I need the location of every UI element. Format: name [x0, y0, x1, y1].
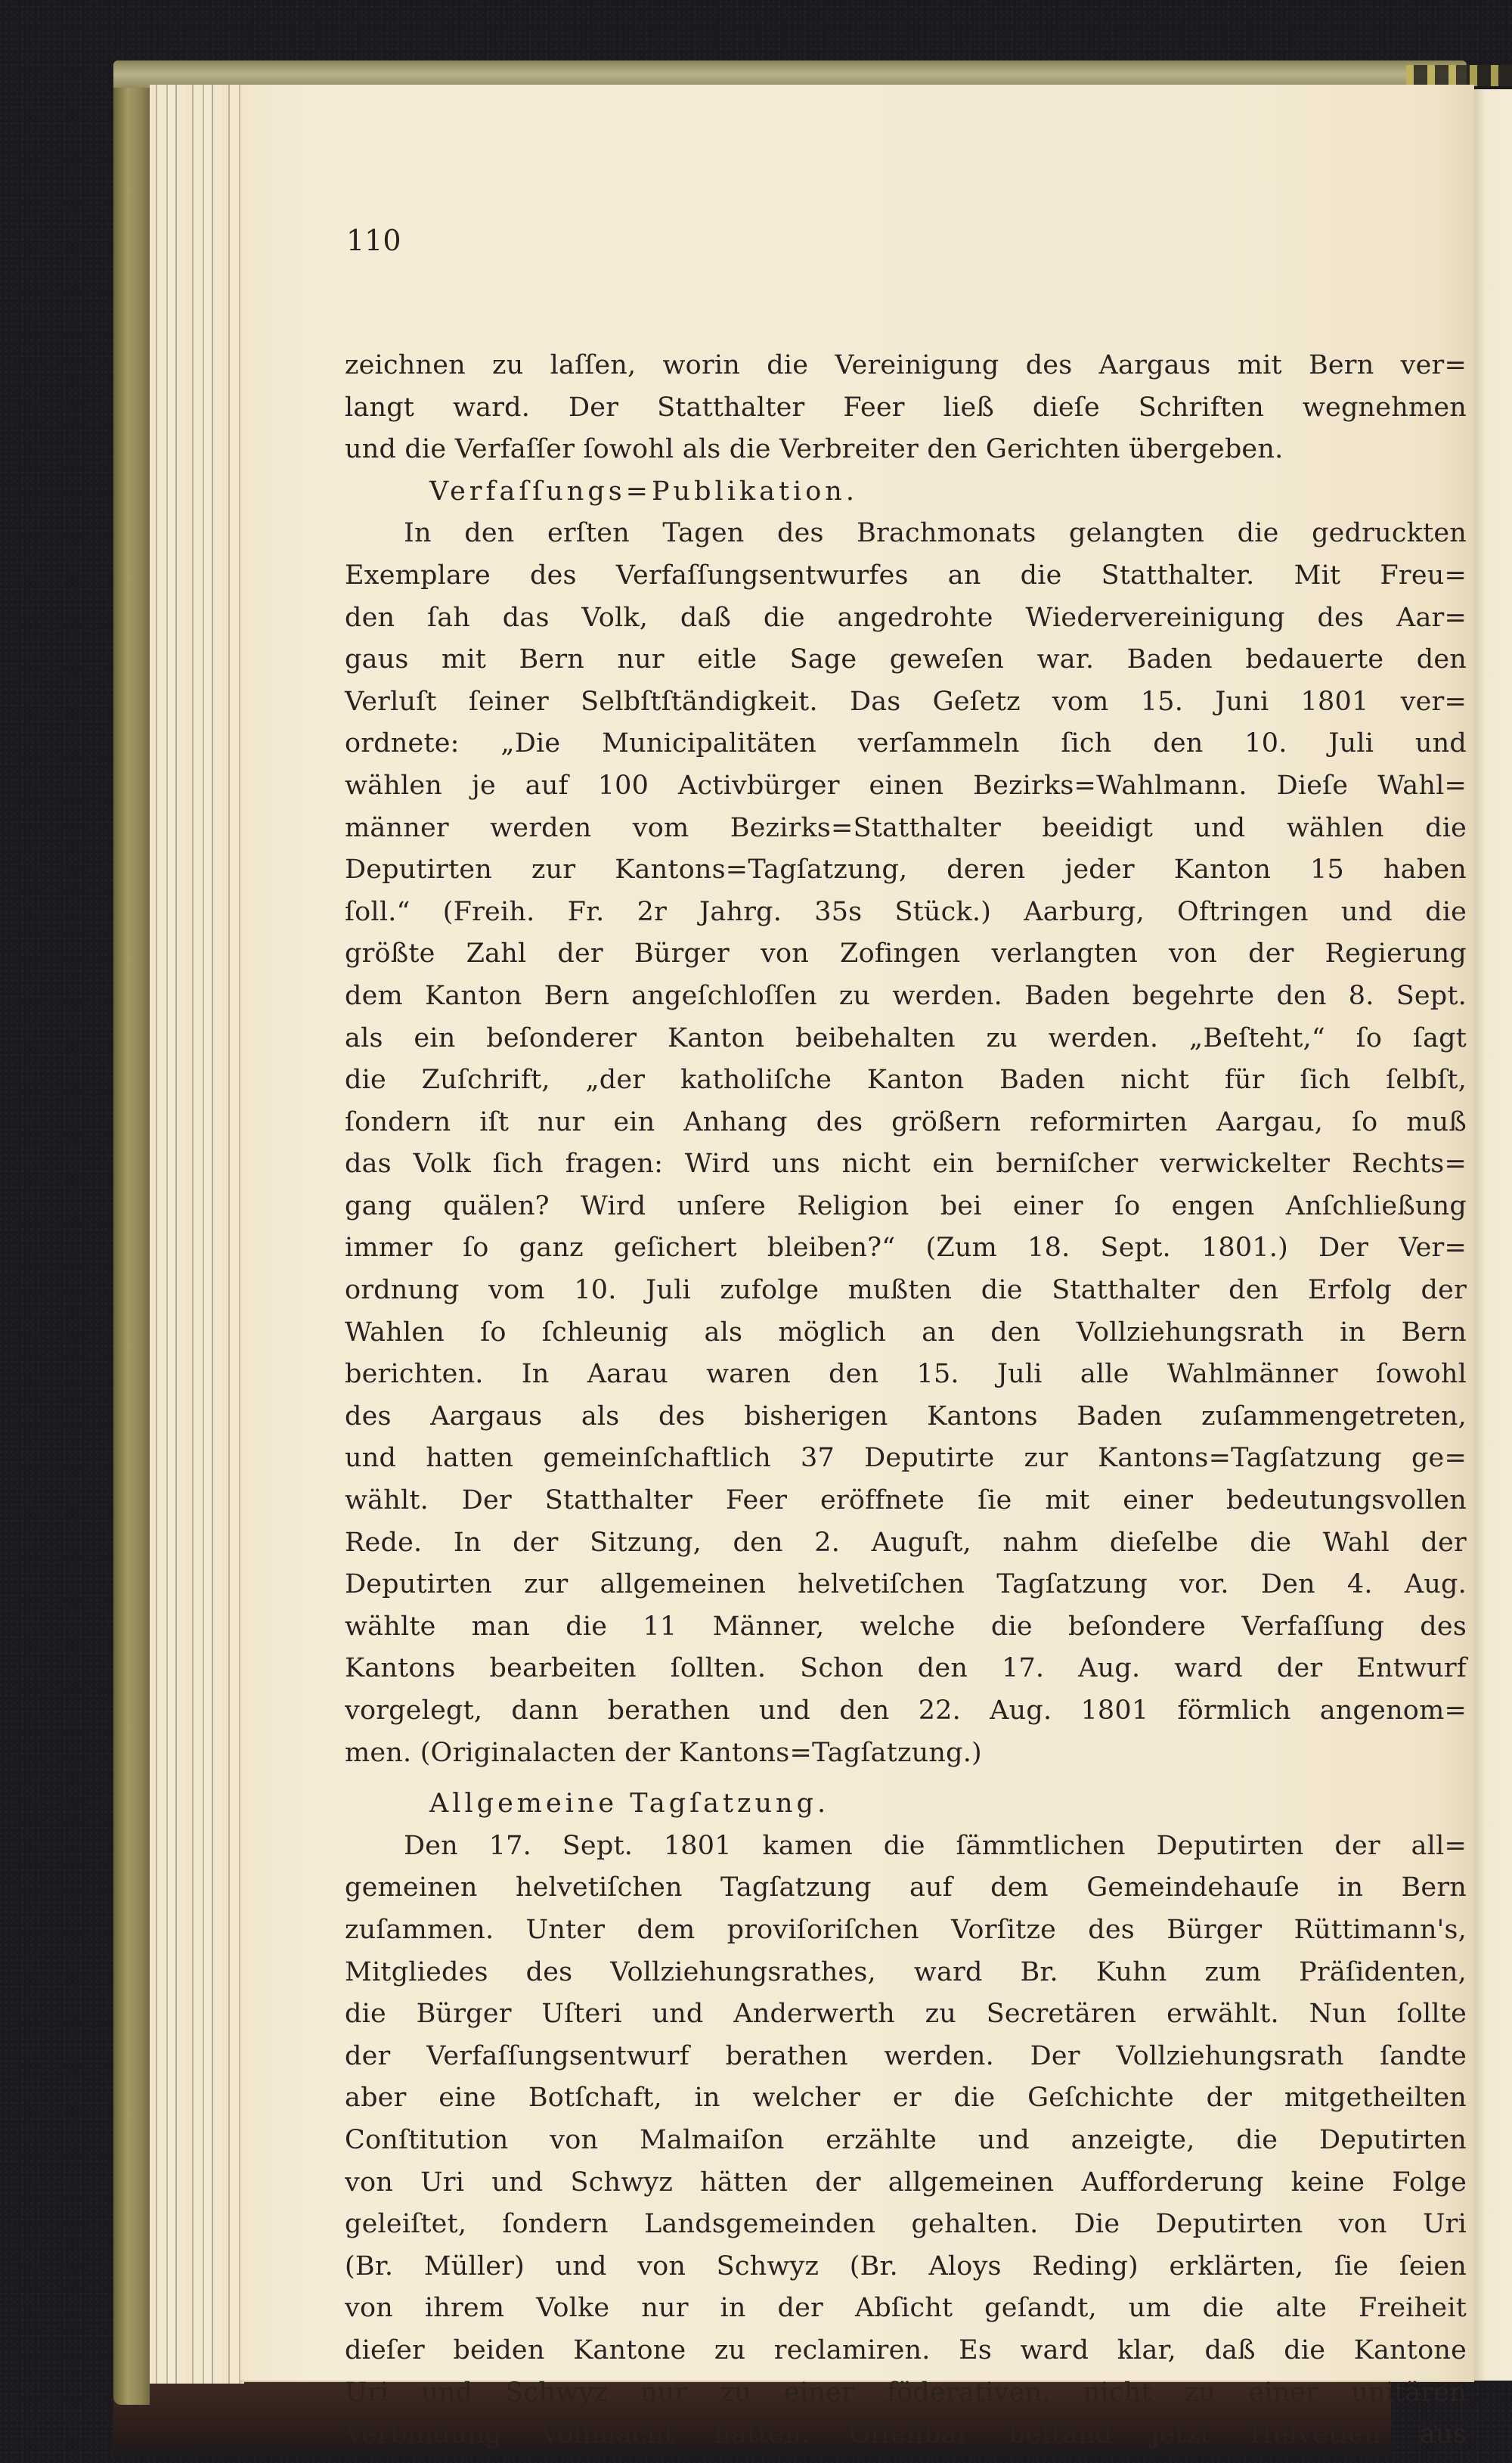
page-stack-edges — [150, 85, 244, 2384]
text-line: wählen je auf 100 Activbürger einen Bezi… — [345, 765, 1467, 808]
text-line: Exemplare des Verfaſſungsentwurfes an di… — [345, 555, 1467, 597]
text-line: Conſtitution von Malmaiſon erzählte und … — [345, 2120, 1467, 2162]
page-text: zeichnen zu laſſen, worin die Vereinigun… — [345, 345, 1467, 2456]
text-line: Verbindung Vollmacht hatten. Offenbar be… — [345, 2414, 1467, 2456]
text-line: Den 17. Sept. 1801 kamen die ſämmtlichen… — [345, 1826, 1467, 1868]
text-line: vorgelegt, dann berathen und den 22. Aug… — [345, 1690, 1467, 1732]
opening-paragraph: zeichnen zu laſſen, worin die Vereinigun… — [345, 345, 1467, 471]
text-line: und hatten gemeinſchaftlich 37 Deputirte… — [345, 1438, 1467, 1480]
text-line: als ein beſonderer Kanton beibehalten zu… — [345, 1018, 1467, 1060]
book-binding-top — [113, 60, 1467, 88]
page-number: 110 — [346, 224, 401, 257]
text-line: ſoll.“ (Freih. Fr. 2r Jahrg. 35s Stück.)… — [345, 892, 1467, 934]
text-line: dieſer beiden Kantone zu reclamiren. Es … — [345, 2330, 1467, 2372]
text-line: gaus mit Bern nur eitle Sage geweſen war… — [345, 639, 1467, 681]
text-line: von Uri und Schwyz hätten der allgemeine… — [345, 2162, 1467, 2204]
text-line: den ſah das Volk, daß die angedrohte Wie… — [345, 597, 1467, 640]
section1-paragraph: In den erſten Tagen des Brachmonats gela… — [345, 513, 1467, 1774]
text-line: größte Zahl der Bürger von Zofingen verl… — [345, 933, 1467, 976]
text-line: zuſammen. Unter dem proviſoriſchen Vorſi… — [345, 1909, 1467, 1952]
text-line: ordnete: „Die Municipalitäten verſammeln… — [345, 723, 1467, 765]
text-line: aber eine Botſchaft, in welcher er die G… — [345, 2077, 1467, 2120]
text-line: ſondern iſt nur ein Anhang des größern r… — [345, 1102, 1467, 1144]
text-line: wählt. Der Statthalter Feer eröffnete ſi… — [345, 1480, 1467, 1522]
text-line: das Volk ſich fragen: Wird uns nicht ein… — [345, 1143, 1467, 1186]
section-heading-allgemeine-tagsatzung: Allgemeine Tagſatzung. — [345, 1783, 1467, 1826]
text-line: In den erſten Tagen des Brachmonats gela… — [345, 513, 1467, 555]
text-line: Uri und Schwyz nur zu einer föderativen,… — [345, 2372, 1467, 2415]
text-line: der Verfaſſungsentwurf berathen werden. … — [345, 2036, 1467, 2078]
book-binding-left — [113, 60, 150, 2405]
section2-paragraph: Den 17. Sept. 1801 kamen die ſämmtlichen… — [345, 1826, 1467, 2456]
binding-stitches — [1406, 65, 1512, 86]
text-line: Verluſt ſeiner Selbſtſtändigkeit. Das Ge… — [345, 681, 1467, 724]
spacer — [345, 1774, 1467, 1783]
text-line: und die Verfaſſer ſowohl als die Verbrei… — [345, 429, 1467, 471]
facing-page-edge — [1474, 89, 1512, 2381]
text-line: dem Kanton Bern angeſchloſſen zu werden.… — [345, 976, 1467, 1018]
text-line: wählte man die 11 Männer, welche die beſ… — [345, 1606, 1467, 1649]
text-line: männer werden vom Bezirks=Statthalter be… — [345, 808, 1467, 850]
text-line: immer ſo ganz geſichert bleiben?“ (Zum 1… — [345, 1227, 1467, 1270]
text-line: men. (Originalacten der Kantons=Tagſatzu… — [345, 1732, 1467, 1775]
text-line: ordnung vom 10. Juli zufolge mußten die … — [345, 1270, 1467, 1312]
text-line: von ihrem Volke nur in der Abſicht geſan… — [345, 2288, 1467, 2330]
text-line: Deputirten zur Kantons=Tagſatzung, deren… — [345, 849, 1467, 892]
text-line: gemeinen helvetiſchen Tagſatzung auf dem… — [345, 1867, 1467, 1909]
text-line: Rede. In der Sitzung, den 2. Auguſt, nah… — [345, 1522, 1467, 1565]
text-line: des Aargaus als des bisherigen Kantons B… — [345, 1396, 1467, 1438]
section-heading-verfassungs-publikation: Verfaſſungs=Publikation. — [345, 471, 1467, 513]
text-line: die Zuſchrift, „der katholiſche Kanton B… — [345, 1059, 1467, 1102]
text-line: Mitgliedes des Vollziehungsrathes, ward … — [345, 1952, 1467, 1994]
text-line: die Bürger Uſteri und Anderwerth zu Secr… — [345, 1993, 1467, 2036]
text-line: Kantons bearbeiten ſollten. Schon den 17… — [345, 1648, 1467, 1690]
text-line: geleiſtet, ſondern Landsgemeinden gehalt… — [345, 2204, 1467, 2246]
text-line: Deputirten zur allgemeinen helvetiſchen … — [345, 1564, 1467, 1606]
text-line: gang quälen? Wird unſere Religion bei ei… — [345, 1186, 1467, 1228]
text-line: langt ward. Der Statthalter Feer ließ di… — [345, 387, 1467, 430]
text-line: (Br. Müller) und von Schwyz (Br. Aloys R… — [345, 2246, 1467, 2288]
text-line: berichten. In Aarau waren den 15. Juli a… — [345, 1354, 1467, 1396]
text-line: Wahlen ſo ſchleunig als möglich an den V… — [345, 1312, 1467, 1354]
text-line: zeichnen zu laſſen, worin die Vereinigun… — [345, 345, 1467, 387]
